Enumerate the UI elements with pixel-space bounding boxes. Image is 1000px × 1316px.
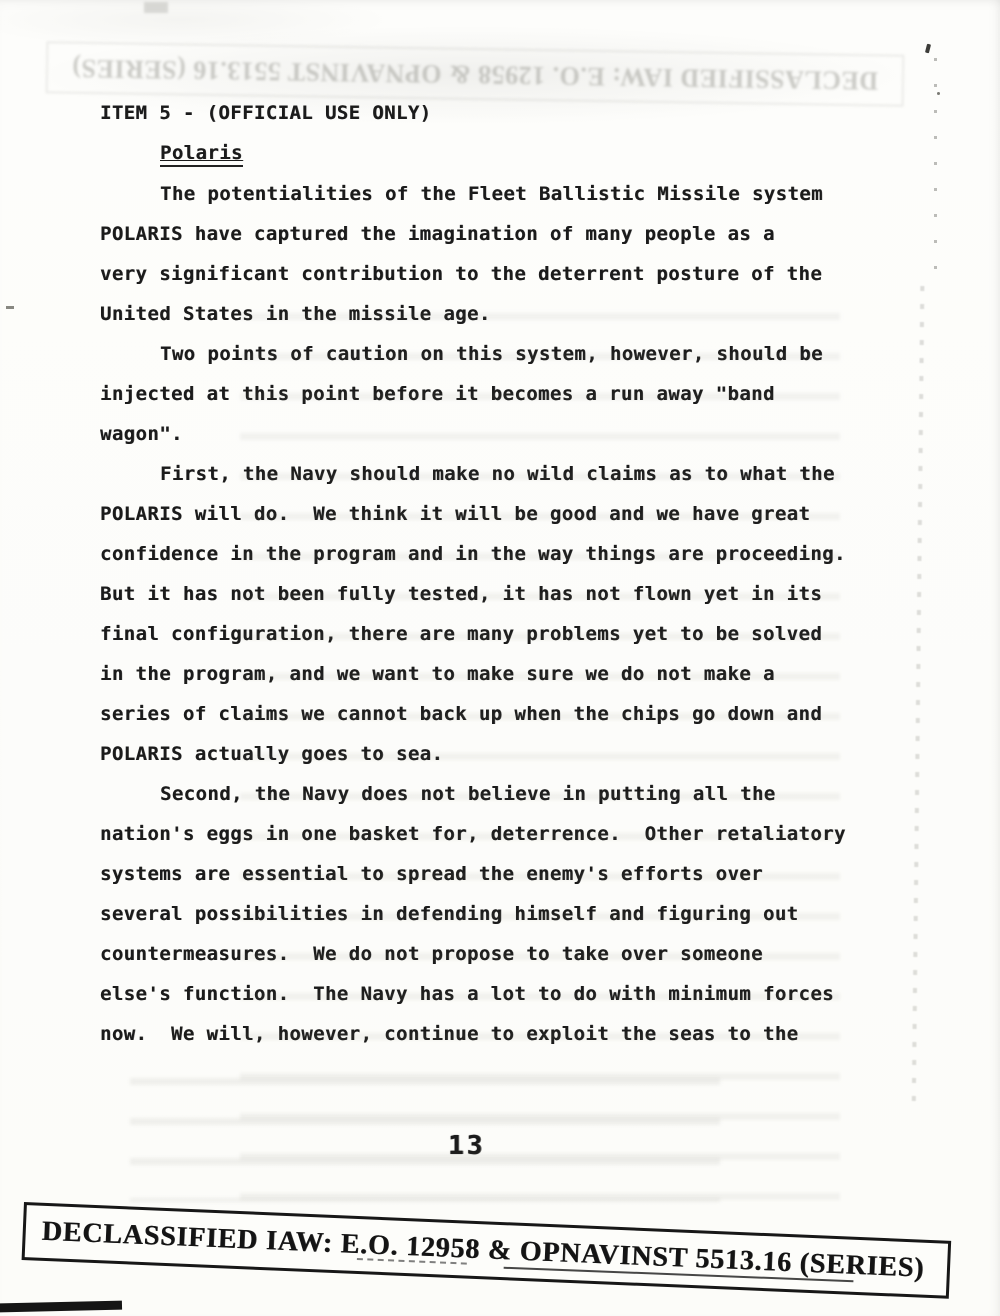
text-line: countermeasures. We do not propose to ta…	[100, 934, 910, 974]
scan-artifact-smudge	[144, 2, 168, 13]
ghost-stamp-bleedthrough: DECLASSIFIED IAW: E.O. 12958 & OPNAVINST…	[46, 41, 905, 106]
text-line: wagon".	[100, 414, 910, 454]
text-line: confidence in the program and in the way…	[100, 534, 910, 574]
page-number: 13	[448, 1131, 485, 1161]
classification-header: ITEM 5 - (OFFICIAL USE ONLY)	[100, 102, 432, 124]
paragraph-3: First, the Navy should make no wild clai…	[100, 454, 910, 774]
text-line: Two points of caution on this system, ho…	[100, 334, 910, 374]
text-line: in the program, and we want to make sure…	[100, 654, 910, 694]
paragraph-4: Second, the Navy does not believe in put…	[100, 774, 910, 1054]
paragraph-2: Two points of caution on this system, ho…	[100, 334, 910, 454]
text-line: else's function. The Navy has a lot to d…	[100, 974, 910, 1014]
text-line: POLARIS will do. We think it will be goo…	[100, 494, 910, 534]
scan-artifact-right-dots	[934, 58, 937, 270]
scan-artifact-speck	[6, 306, 14, 309]
scan-artifact-speck	[937, 92, 940, 95]
text-line: First, the Navy should make no wild clai…	[100, 454, 910, 494]
scan-artifact-speck	[925, 44, 931, 54]
text-line: Second, the Navy does not believe in put…	[100, 774, 910, 814]
text-line: series of claims we cannot back up when …	[100, 694, 910, 734]
paragraph-1: The potentialities of the Fleet Ballisti…	[100, 174, 910, 334]
ghost-stamp-text: DECLASSIFIED IAW: E.O. 12958 & OPNAVINST…	[72, 53, 879, 96]
text-line: United States in the missile age.	[100, 294, 910, 334]
scan-artifact-bleed-lines-lower	[130, 1052, 720, 1202]
text-line: But it has not been fully tested, it has…	[100, 574, 910, 614]
scan-artifact-edge-bar	[0, 1301, 122, 1313]
declassification-stamp: DECLASSIFIED IAW: E.O. 12958 & OPNAVINST…	[22, 1202, 952, 1299]
document-page: DECLASSIFIED IAW: E.O. 12958 & OPNAVINST…	[0, 0, 1000, 1316]
text-line: several possibilities in defending himse…	[100, 894, 910, 934]
text-line: final configuration, there are many prob…	[100, 614, 910, 654]
text-line: The potentialities of the Fleet Ballisti…	[100, 174, 910, 214]
text-line: now. We will, however, continue to explo…	[100, 1014, 910, 1054]
text-line: POLARIS actually goes to sea.	[100, 734, 910, 774]
scan-artifact-right-margin	[912, 286, 925, 1114]
text-line: systems are essential to spread the enem…	[100, 854, 910, 894]
text-line: injected at this point before it becomes…	[100, 374, 910, 414]
text-line: nation's eggs in one basket for, deterre…	[100, 814, 910, 854]
text-line: POLARIS have captured the imagination of…	[100, 214, 910, 254]
text-line: very significant contribution to the det…	[100, 254, 910, 294]
declassification-stamp-text: DECLASSIFIED IAW: E.O. 12958 & OPNAVINST…	[41, 1216, 925, 1285]
section-heading: Polaris	[160, 142, 243, 167]
